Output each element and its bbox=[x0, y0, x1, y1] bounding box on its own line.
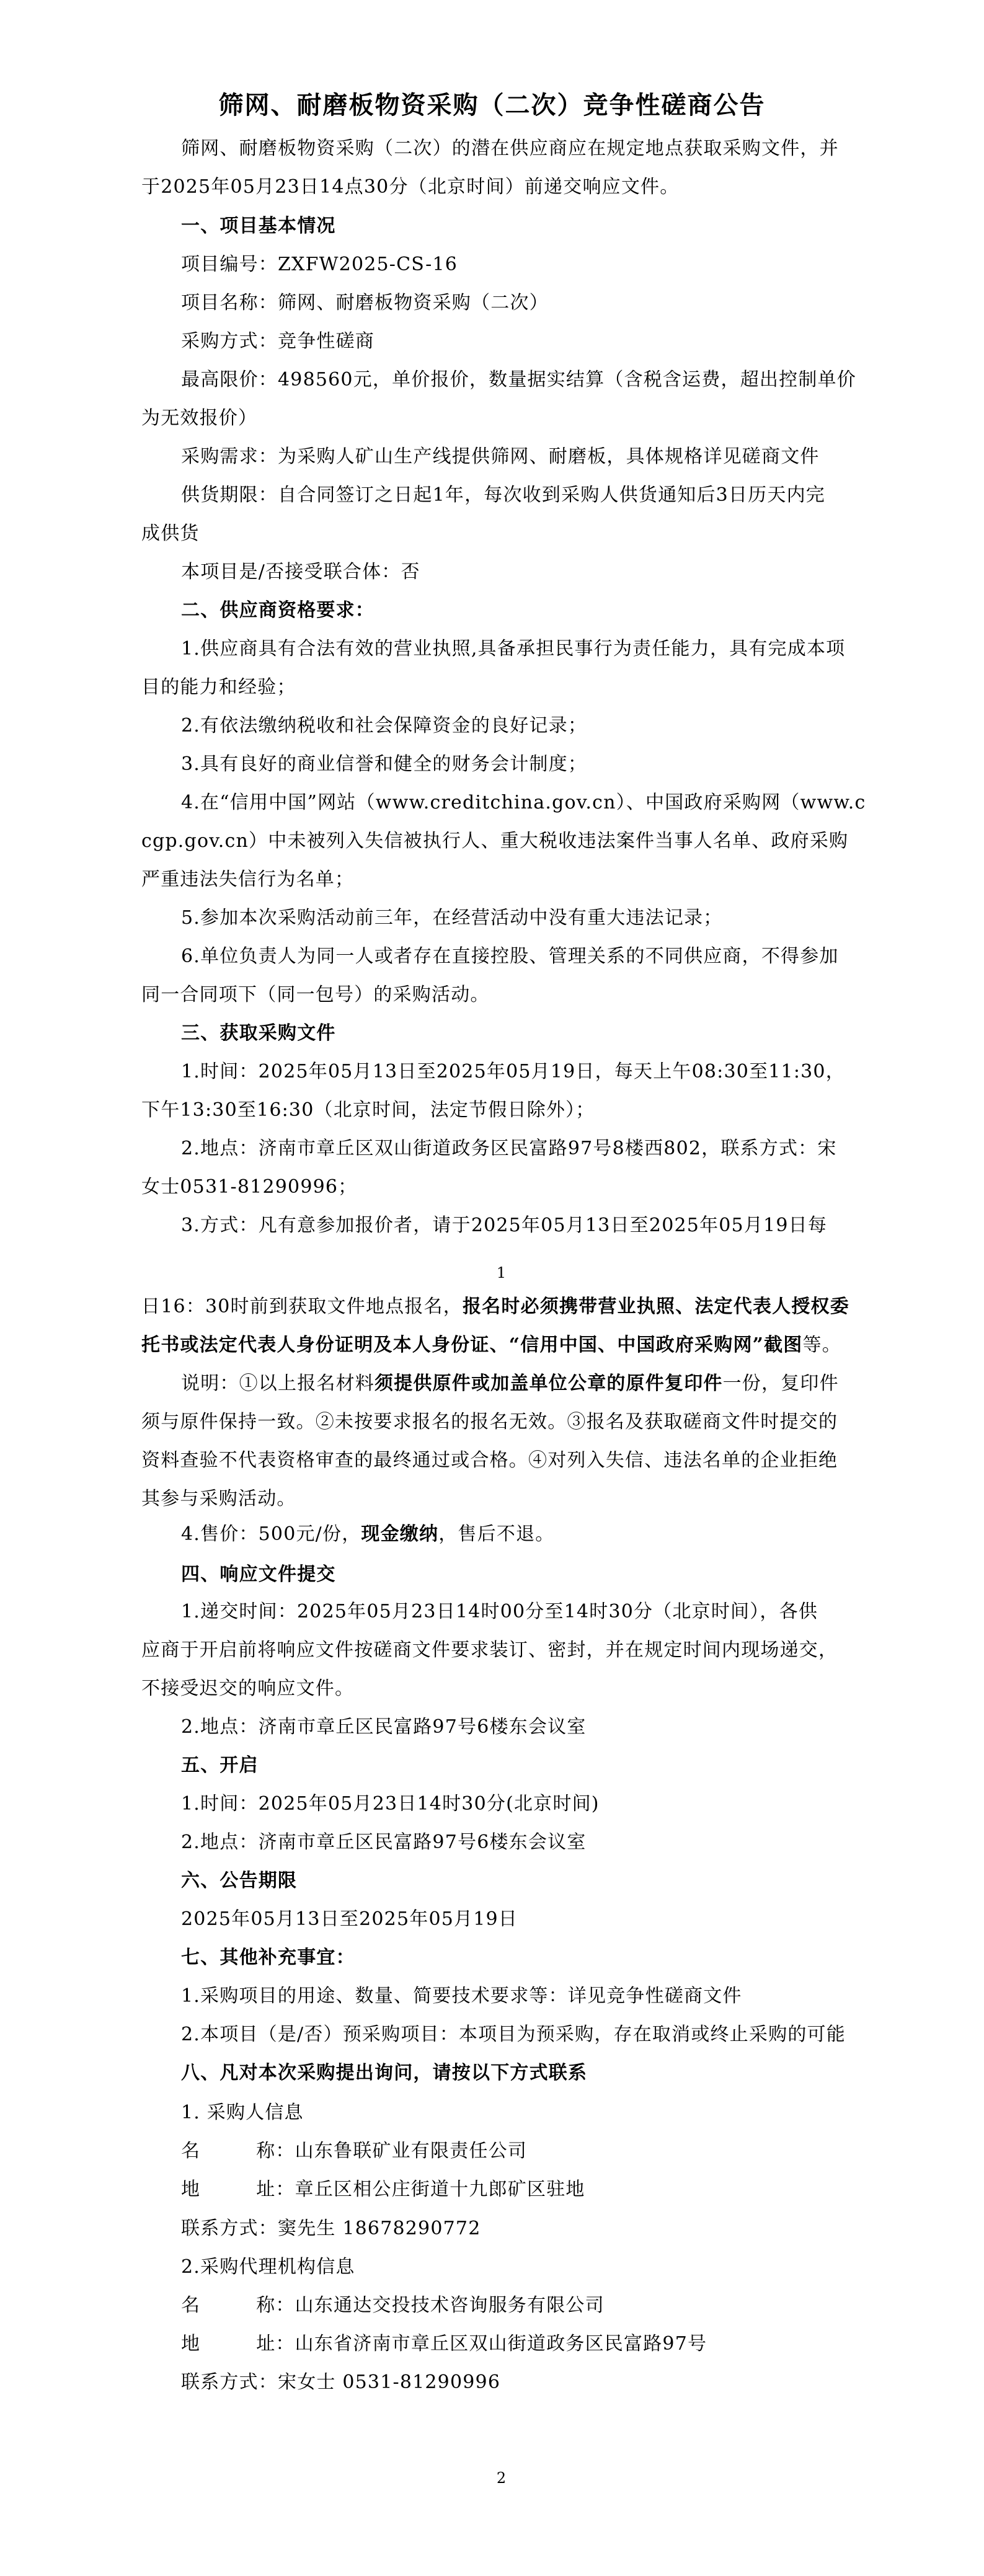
procurement-demand: 采购需求：为采购人矿山生产线提供筛网、耐磨板，具体规格详见磋商文件 bbox=[181, 445, 820, 469]
section-heading: 六、公告期限 bbox=[181, 1869, 297, 1893]
price-text: 4.售价：500元/份， bbox=[181, 1523, 361, 1545]
document-title: 筛网、耐磨板物资采购（二次）竞争性磋商公告 bbox=[0, 89, 984, 122]
supplement-item: 1.采购项目的用途、数量、简要技术要求等：详见竞争性磋商文件 bbox=[181, 1984, 742, 2009]
agency-heading: 2.采购代理机构信息 bbox=[181, 2255, 355, 2280]
submit-time: 不接受迟交的响应文件。 bbox=[141, 1676, 354, 1701]
label: 地 bbox=[181, 2333, 200, 2355]
agency-contact: 联系方式：宋女士 0531-81290996 bbox=[181, 2370, 500, 2395]
obtain-place: 女士0531-81290996； bbox=[141, 1175, 357, 1200]
obtain-method-emphasis: 托书或法定代表人身份证明及本人身份证、“信用中国、中国政府采购网”截图 bbox=[141, 1334, 803, 1356]
note-text: 一份，复印件 bbox=[723, 1373, 839, 1394]
section-heading: 三、获取采购文件 bbox=[181, 1021, 336, 1046]
requirement-item: 3.具有良好的商业信誉和健全的财务会计制度； bbox=[181, 752, 587, 777]
purchaser-heading: 1. 采购人信息 bbox=[181, 2100, 304, 2125]
document-page: 筛网、耐磨板物资采购（二次）竞争性磋商公告 筛网、耐磨板物资采购（二次）的潜在供… bbox=[0, 0, 984, 2576]
requirement-item: 目的能力和经验； bbox=[141, 675, 296, 700]
consortium-accepted: 本项目是/否接受联合体：否 bbox=[181, 560, 420, 585]
page-number: 1 bbox=[0, 1264, 984, 1282]
max-price: 为无效报价） bbox=[141, 406, 257, 431]
supplement-item: 2.本项目（是/否）预采购项目：本项目为预采购，存在取消或终止采购的可能 bbox=[181, 2022, 846, 2047]
agency-name: 名称：山东通达交投技术咨询服务有限公司 bbox=[181, 2293, 605, 2318]
section-heading: 四、响应文件提交 bbox=[181, 1562, 336, 1587]
opening-time: 1.时间：2025年05月23日14时30分(北京时间) bbox=[181, 1792, 600, 1817]
note-emphasis: 须提供原件或加盖单位公章的原件复印件 bbox=[375, 1373, 723, 1394]
requirement-item: 严重违法失信行为名单； bbox=[141, 867, 354, 892]
label: 址： bbox=[256, 2333, 295, 2355]
purchaser-address: 地址：章丘区相公庄街道十九郎矿区驻地 bbox=[181, 2177, 585, 2202]
price-text: ，售后不退。 bbox=[438, 1523, 554, 1545]
purchaser-name: 名称：山东鲁联矿业有限责任公司 bbox=[181, 2139, 527, 2164]
requirement-item: 2.有依法缴纳税收和社会保障资金的良好记录； bbox=[181, 714, 587, 738]
requirement-item: cgp.gov.cn）中未被列入失信被执行人、重大税收违法案件当事人名单、政府采… bbox=[141, 829, 848, 854]
requirement-item: 4.在“信用中国”网站（www.creditchina.gov.cn）、中国政府… bbox=[181, 790, 866, 815]
label: 名 bbox=[181, 2140, 200, 2162]
note: 须与原件保持一致。②未按要求报名的报名无效。③报名及获取磋商文件时提交的 bbox=[141, 1410, 838, 1435]
purchaser-contact: 联系方式：窦先生 18678290772 bbox=[181, 2216, 481, 2241]
supply-period: 成供货 bbox=[141, 521, 200, 546]
value: 山东鲁联矿业有限责任公司 bbox=[295, 2140, 527, 2162]
obtain-method-emphasis: 报名时必须携带营业执照、法定代表人授权委 bbox=[463, 1296, 849, 1317]
submit-time: 1.递交时间：2025年05月23日14时00分至14时30分（北京时间），各供 bbox=[181, 1600, 818, 1624]
value: 章丘区相公庄街道十九郎矿区驻地 bbox=[295, 2179, 585, 2200]
requirement-item: 6.单位负责人为同一人或者存在直接控股、管理关系的不同供应商，不得参加 bbox=[181, 944, 839, 969]
max-price: 最高限价：498560元，单价报价，数量据实结算（含税含运费，超出控制单价 bbox=[181, 368, 856, 392]
obtain-method: 3.方式：凡有意参加报价者，请于2025年05月13日至2025年05月19日每 bbox=[181, 1213, 827, 1238]
requirement-item: 同一合同项下（同一包号）的采购活动。 bbox=[141, 983, 490, 1007]
obtain-place: 2.地点：济南市章丘区双山街道政务区民富路97号8楼西802，联系方式：宋 bbox=[181, 1136, 837, 1161]
obtain-method-text: 日16：30时前到获取文件地点报名， bbox=[141, 1296, 463, 1317]
obtain-time: 1.时间：2025年05月13日至2025年05月19日，每天上午08:30至1… bbox=[181, 1060, 845, 1084]
requirement-item: 1.供应商具有合法有效的营业执照,具备承担民事行为责任能力，具有完成本项 bbox=[181, 637, 845, 662]
section-heading: 七、其他补充事宜： bbox=[181, 1945, 355, 1970]
obtain-method-text: 等。 bbox=[803, 1334, 841, 1356]
value: 山东省济南市章丘区双山街道政务区民富路97号 bbox=[295, 2333, 707, 2355]
note-text: 说明：①以上报名材料 bbox=[181, 1373, 375, 1394]
opening-place: 2.地点：济南市章丘区民富路97号6楼东会议室 bbox=[181, 1830, 586, 1855]
obtain-method: 托书或法定代表人身份证明及本人身份证、“信用中国、中国政府采购网”截图等。 bbox=[141, 1333, 841, 1358]
note: 其参与采购活动。 bbox=[141, 1487, 296, 1512]
project-number: 项目编号：ZXFW2025-CS-16 bbox=[181, 252, 458, 277]
obtain-time: 下午13:30至16:30（北京时间，法定节假日除外）； bbox=[141, 1098, 595, 1123]
submit-time: 应商于开启前将响应文件按磋商文件要求装订、密封，并在规定时间内现场递交， bbox=[141, 1638, 838, 1663]
announcement-period: 2025年05月13日至2025年05月19日 bbox=[181, 1907, 518, 1932]
section-heading: 八、凡对本次采购提出询问，请按以下方式联系 bbox=[181, 2061, 587, 2086]
document-price: 4.售价：500元/份，现金缴纳，售后不退。 bbox=[181, 1522, 554, 1547]
agency-address: 地址：山东省济南市章丘区双山街道政务区民富路97号 bbox=[181, 2332, 707, 2357]
section-heading: 二、供应商资格要求： bbox=[181, 598, 375, 623]
page-number: 2 bbox=[0, 2469, 984, 2487]
supply-period: 供货期限：自合同签订之日起1年，每次收到采购人供货通知后3日历天内完 bbox=[181, 483, 825, 508]
section-heading: 五、开启 bbox=[181, 1753, 259, 1778]
submit-place: 2.地点：济南市章丘区民富路97号6楼东会议室 bbox=[181, 1715, 586, 1740]
requirement-item: 5.参加本次采购活动前三年，在经营活动中没有重大违法记录； bbox=[181, 906, 722, 931]
label: 名 bbox=[181, 2295, 200, 2316]
obtain-method: 日16：30时前到获取文件地点报名，报名时必须携带营业执照、法定代表人授权委 bbox=[141, 1295, 849, 1319]
procurement-method: 采购方式：竞争性磋商 bbox=[181, 329, 375, 354]
intro-line: 于2025年05月23日14点30分（北京时间）前递交响应文件。 bbox=[141, 175, 679, 200]
note: 说明：①以上报名材料须提供原件或加盖单位公章的原件复印件一份，复印件 bbox=[181, 1371, 839, 1396]
label: 址： bbox=[256, 2179, 295, 2200]
value: 山东通达交投技术咨询服务有限公司 bbox=[295, 2295, 605, 2316]
label: 称： bbox=[256, 2140, 295, 2162]
note: 资料查验不代表资格审查的最终通过或合格。④对列入失信、违法名单的企业拒绝 bbox=[141, 1448, 838, 1473]
price-emphasis: 现金缴纳 bbox=[361, 1523, 438, 1545]
section-heading: 一、项目基本情况 bbox=[181, 214, 336, 239]
project-name: 项目名称：筛网、耐磨板物资采购（二次） bbox=[181, 291, 549, 316]
label: 地 bbox=[181, 2179, 200, 2200]
intro-line: 筛网、耐磨板物资采购（二次）的潜在供应商应在规定地点获取采购文件，并 bbox=[181, 136, 839, 161]
label: 称： bbox=[256, 2295, 295, 2316]
